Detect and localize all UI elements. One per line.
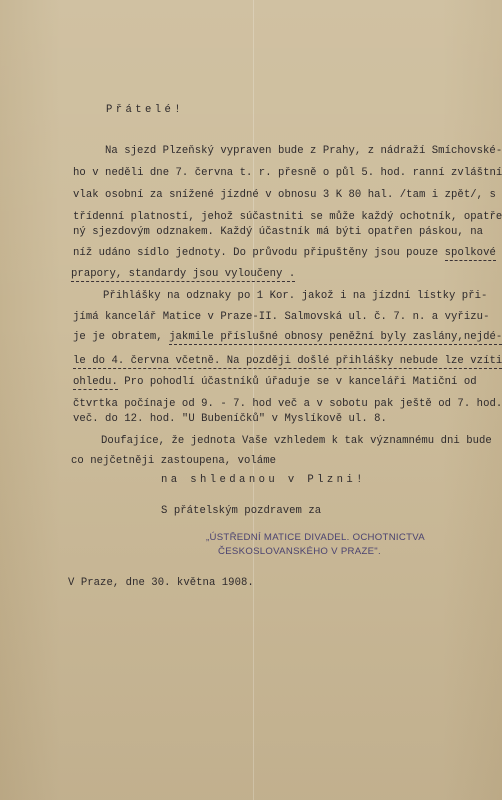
p3-line-2: co nejčetněji zastoupena, voláme bbox=[71, 455, 276, 467]
p2-line-4: le do 4. června včetně. Na později došlé… bbox=[73, 355, 502, 367]
p2-line-5: ohledu. Pro pohodlí účastníků úřaduje se… bbox=[73, 376, 477, 388]
stamp-line-1: „ÚSTŘEDNÍ MATICE DIVADEL. OCHOTNICTVA bbox=[206, 532, 425, 543]
underlined-ohledu: ohledu. bbox=[73, 376, 118, 390]
p1-line-1: Na sjezd Plzeňský vypraven bude z Prahy,… bbox=[105, 145, 502, 157]
farewell: na shledanou v Plzni! bbox=[161, 474, 366, 486]
document-page: Přátelé! Na sjezd Plzeňský vypraven bude… bbox=[0, 0, 502, 800]
p1-line-4: třídenní platností, jehož súčastniti se … bbox=[73, 211, 502, 223]
p1-line-3: vlak osobní za snížené jízdné v obnosu 3… bbox=[73, 189, 496, 201]
p2-line-5-text: Pro pohodlí účastníků úřaduje se v kance… bbox=[118, 376, 477, 388]
p2-line-1: Přihlášky na odznaky po 1 Kor. jakož i n… bbox=[103, 290, 487, 302]
salutation: Přátelé! bbox=[106, 104, 184, 116]
p3-line-1: Doufajíce, že jednota Vaše vzhledem k ta… bbox=[101, 435, 492, 447]
underlined-prapory: prapory, standardy jsou vyloučeny . bbox=[71, 268, 295, 282]
p2-line-7: več. do 12. hod. "U Bubeníčků" v Myslíko… bbox=[73, 413, 387, 425]
p2-line-6: čtvrtka počínaje od 9. - 7. hod več a v … bbox=[73, 398, 502, 410]
p1-line-5: ný sjezdovým odznakem. Každý účastník má… bbox=[73, 226, 483, 238]
underlined-spolkove: spolkové bbox=[445, 247, 496, 261]
date-line: V Praze, dne 30. května 1908. bbox=[68, 577, 254, 589]
underlined-jakmile: jakmile příslušné obnosy peněžní byly za… bbox=[169, 331, 502, 345]
p2-line-2: jímá kancelář Matice v Praze-II. Salmovs… bbox=[73, 311, 489, 323]
p1-line-6: níž udáno sídlo jednoty. Do průvodu přip… bbox=[73, 247, 496, 259]
stamp-line-2: ČESKOSLOVANSKÉHO V PRAZE". bbox=[218, 546, 381, 557]
underlined-deadline: le do 4. června včetně. Na později došlé… bbox=[73, 355, 502, 369]
p1-line-2: ho v neděli dne 7. června t. r. přesně o… bbox=[73, 167, 502, 179]
p2-line-3: je je obratem, jakmile příslušné obnosy … bbox=[73, 331, 502, 343]
greeting: S přátelským pozdravem za bbox=[161, 505, 321, 517]
p2-line-3-text: je je obratem, bbox=[73, 331, 169, 343]
p1-line-7: prapory, standardy jsou vyloučeny . bbox=[71, 268, 295, 280]
p1-line-6-text: níž udáno sídlo jednoty. Do průvodu přip… bbox=[73, 247, 445, 259]
